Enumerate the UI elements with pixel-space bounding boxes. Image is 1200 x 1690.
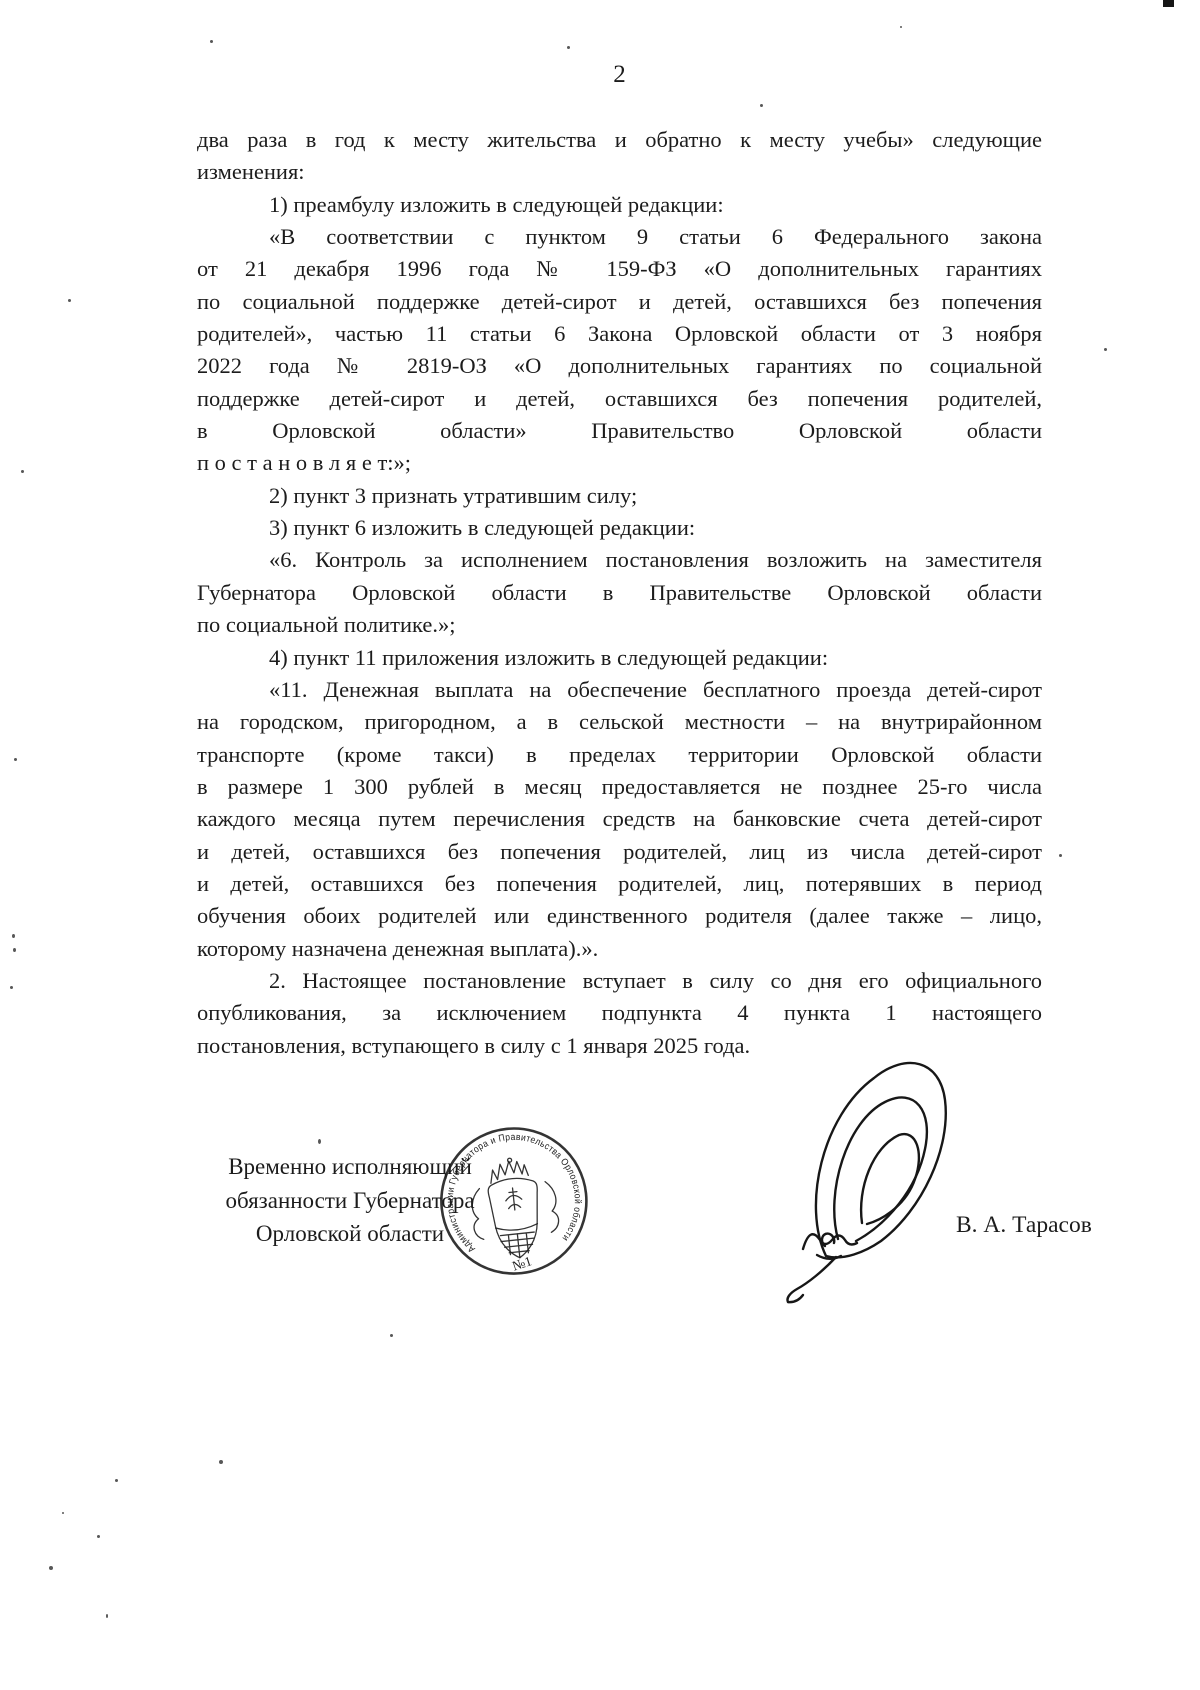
- text-line: по социальной поддержке детей-сирот и де…: [197, 286, 1042, 318]
- text-line: 2. Настоящее постановление вступает в си…: [197, 965, 1042, 997]
- page-number: 2: [197, 60, 1042, 90]
- text-line: родителей», частью 11 статьи 6 Закона Ор…: [197, 318, 1042, 350]
- official-seal-stamp: Администрации Губернатора и Правительств…: [428, 1114, 600, 1289]
- text-line: два раза в год к месту жительства и обра…: [197, 124, 1042, 156]
- scan-artifact: [1059, 854, 1062, 857]
- scan-artifact: [115, 1479, 118, 1482]
- scan-artifact: [318, 1139, 321, 1144]
- text-line: которому назначена денежная выплата).».: [197, 933, 1042, 965]
- text-line: транспорте (кроме такси) в пределах терр…: [197, 739, 1042, 771]
- scan-artifact: [12, 934, 15, 938]
- text-line: 3) пункт 6 изложить в следующей редакции…: [197, 512, 1042, 544]
- text-line: п о с т а н о в л я е т:»;: [197, 447, 1042, 479]
- text-line: «В соответствии с пунктом 9 статьи 6 Фед…: [197, 221, 1042, 253]
- scan-artifact: [13, 948, 16, 952]
- text-line: и детей, оставшихся без попечения родите…: [197, 836, 1042, 868]
- text-line: «6. Контроль за исполнением постановлени…: [197, 544, 1042, 576]
- scanned-document-page: 2 два раза в год к месту жительства и об…: [0, 0, 1200, 1690]
- handwritten-signature: [676, 1008, 1006, 1308]
- scan-artifact: [1104, 348, 1107, 351]
- scan-artifact: [106, 1614, 108, 1618]
- scan-artifact: [97, 1535, 100, 1538]
- text-line: 4) пункт 11 приложения изложить в следую…: [197, 642, 1042, 674]
- scan-artifact: [14, 758, 17, 761]
- text-line: по социальной политике.»;: [197, 609, 1042, 641]
- scan-artifact: [68, 299, 71, 302]
- scan-artifact: [49, 1566, 53, 1570]
- text-line: в Орловской области» Правительство Орлов…: [197, 415, 1042, 447]
- text-line: 2022 года № 2819-ОЗ «О дополнительных га…: [197, 350, 1042, 382]
- text-line: «11. Денежная выплата на обеспечение бес…: [197, 674, 1042, 706]
- scan-artifact: [390, 1334, 393, 1337]
- scan-artifact: [21, 470, 24, 473]
- scan-artifact: [62, 1512, 64, 1514]
- text-line: в размере 1 300 рублей в месяц предостав…: [197, 771, 1042, 803]
- scan-artifact: [567, 46, 570, 49]
- text-line: Губернатора Орловской области в Правител…: [197, 577, 1042, 609]
- text-line: от 21 декабря 1996 года № 159-ФЗ «О допо…: [197, 253, 1042, 285]
- text-line: обучения обоих родителей или единственно…: [197, 900, 1042, 932]
- text-line: каждого месяца путем перечисления средст…: [197, 803, 1042, 835]
- text-line: на городском, пригородном, а в сельской …: [197, 706, 1042, 738]
- scan-artifact: [1163, 0, 1174, 7]
- scan-artifact: [10, 986, 13, 989]
- scan-artifact: [219, 1460, 223, 1464]
- text-line: 2) пункт 3 признать утратившим силу;: [197, 480, 1042, 512]
- text-line: и детей, оставшихся без попечения родите…: [197, 868, 1042, 900]
- document-body: два раза в год к месту жительства и обра…: [197, 124, 1042, 1062]
- coat-of-arms-icon: [467, 1154, 562, 1262]
- text-line: изменения:: [197, 156, 1042, 188]
- scan-artifact: [900, 26, 902, 28]
- text-line: поддержке детей-сирот и детей, оставшихс…: [197, 383, 1042, 415]
- scan-artifact: [760, 104, 763, 107]
- text-line: 1) преамбулу изложить в следующей редакц…: [197, 189, 1042, 221]
- scan-artifact: [210, 40, 213, 43]
